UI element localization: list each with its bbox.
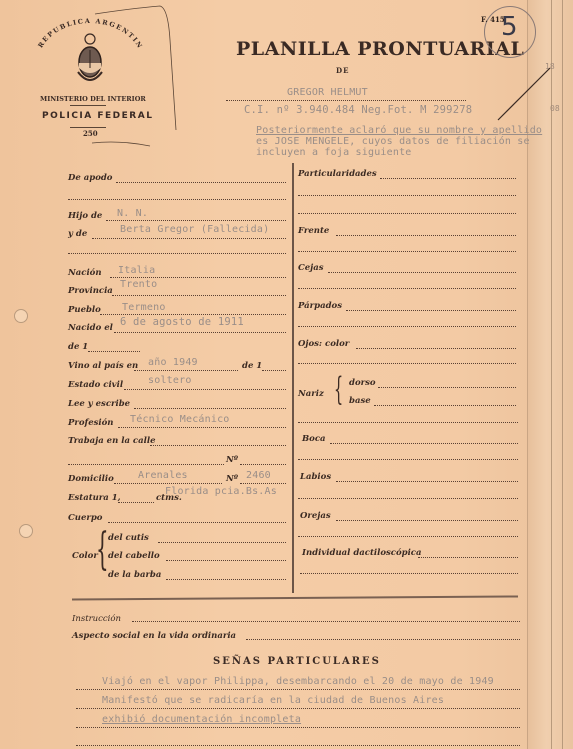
field-line-cabello[interactable] [166,560,286,561]
section-title-senas: SEÑAS PARTICULARES [213,656,381,667]
field-line-de-1[interactable] [88,351,140,352]
field-line-estatura[interactable] [118,502,154,503]
field-line[interactable] [298,195,516,196]
field-label-labios: Labios [300,472,331,482]
field-line[interactable] [68,199,286,200]
field-label-ctms: ctms. [156,493,182,503]
field-line[interactable] [298,498,518,499]
subject-name: GREGOR HELMUT [287,87,368,98]
coat-of-arms-icon [70,32,110,90]
field-label-barba: de la barba [108,570,161,580]
senas-line-rule[interactable] [76,727,520,728]
field-value-pueblo: Termeno [122,302,166,313]
field-label-cutis: del cutis [108,533,149,543]
field-line-base[interactable] [374,405,516,406]
field-label-de-1: de 1 [68,342,88,352]
title-suffix: DE [336,66,349,75]
field-line[interactable] [68,253,286,254]
field-line-vino[interactable] [134,370,238,371]
field-line[interactable] [298,536,518,537]
brace-icon: { [334,373,343,405]
field-line-cuerpo[interactable] [108,522,286,523]
field-line-aspecto-social[interactable] [246,639,520,640]
field-label-cuerpo: Cuerpo [68,513,102,523]
field-line-labios[interactable] [336,481,518,482]
punch-hole [19,524,33,538]
field-line-provincia[interactable] [112,295,286,296]
field-line-numero[interactable] [240,464,286,465]
ministry-label: MINISTERIO DEL INTERIOR [40,95,146,103]
field-line-cutis[interactable] [158,542,286,543]
field-label-dactiloscopica: Individual dactiloscópica [302,548,421,558]
field-label-trabaja: Trabaja en la calle [68,436,155,446]
nose-group-label: Nariz [298,389,324,399]
field-label-profesion: Profesión [68,418,113,428]
field-line-estado-civil[interactable] [124,389,286,390]
document-page: 18 08 REPUBLICA ARGENTINA MINISTERIO DEL… [0,0,573,749]
field-label-orejas: Orejas [300,511,331,521]
column-divider [292,163,294,593]
field-label-domicilio: Domicilio [68,474,114,484]
stamp-digit: 5 [501,12,518,42]
field-line-domicilio-numero[interactable] [240,483,286,484]
field-line-cejas[interactable] [328,272,516,273]
field-line[interactable] [298,459,518,460]
field-label-base: base [349,396,371,406]
senas-line-rule[interactable] [76,708,520,709]
field-label-parpados: Párpados [298,301,342,311]
field-label-y-de: y de [68,229,87,239]
field-label-apodo: De apodo [68,173,112,183]
dotted-line [226,100,466,101]
field-line-dactiloscopica[interactable] [418,557,518,558]
field-line-profesion[interactable] [118,427,286,428]
brace-icon: { [96,528,109,572]
field-line-trabaja[interactable] [150,445,286,446]
field-label-cabello: del cabello [108,551,160,561]
agency-label: POLICIA FEDERAL [42,111,153,121]
subject-note-line: es JOSE MENGELE, cuyos datos de filiació… [256,136,530,147]
field-line-barba[interactable] [166,579,286,580]
field-label-lee: Lee y escribe [68,399,130,409]
field-line[interactable] [298,213,516,214]
color-group-label: Color [72,551,98,561]
field-line-lee[interactable] [134,408,286,409]
field-line-nacido[interactable] [114,332,286,333]
divider [70,127,106,128]
senas-line-rule[interactable] [76,745,520,746]
field-line[interactable] [298,326,516,327]
field-label-nacion: Nación [68,268,102,278]
field-label-boca: Boca [302,434,326,444]
field-label-vino-de: de 1 [242,361,262,371]
field-line-parpados[interactable] [346,310,516,311]
field-line-instruccion[interactable] [132,621,520,622]
page-title: PLANILLA PRONTUARIAL [236,38,524,60]
field-value-nacion: Italia [118,265,155,276]
field-line-pueblo[interactable] [100,314,286,315]
field-label-cejas: Cejas [298,263,324,273]
field-label-dorso: dorso [349,378,376,388]
field-line[interactable] [68,464,224,465]
field-label-pueblo: Pueblo [68,305,101,315]
field-line[interactable] [298,422,518,423]
field-line[interactable] [262,370,286,371]
subject-id: C.I. nº 3.940.484 Neg.Fot. M 299278 [244,104,472,116]
field-line[interactable] [298,363,516,364]
senas-line: Manifestó que se radicaría en la ciudad … [102,695,444,706]
field-value-estado-civil: soltero [148,375,192,386]
field-label-estatura: Estatura 1, [68,493,121,503]
field-line-boca[interactable] [330,443,518,444]
field-value-vino: año 1949 [148,357,198,368]
senas-line: Viajó en el vapor Philippa, desembarcand… [102,676,494,687]
field-line-hijo-de[interactable] [106,220,286,221]
field-value-domicilio: Arenales [138,470,188,481]
subject-note-line: incluyen a foja siguiente [256,147,412,158]
field-label-ojos: Ojos: color [298,339,349,349]
senas-line-rule[interactable] [76,689,520,690]
field-value-hijo-de: N. N. [117,208,148,219]
field-line-y-de[interactable] [92,238,286,239]
field-line-ojos[interactable] [356,348,516,349]
field-value-domicilio-numero: 2460 [246,470,271,481]
field-line-nacion[interactable] [110,277,286,278]
field-label-domicilio-numero: Nº [226,474,238,484]
subject-note-line: Posteriormente aclaró que su nombre y ap… [256,125,542,136]
field-label-numero: Nº [226,455,238,465]
field-line[interactable] [298,288,516,289]
field-label-hijo-de: Hijo de [68,211,102,221]
field-label-frente: Frente [298,226,329,236]
field-value-profesion: Técnico Mecánico [130,414,230,425]
field-line[interactable] [300,573,518,574]
form-code: 250 [83,129,98,138]
divider [70,105,106,106]
field-label-estado-civil: Estado civil [68,380,123,390]
field-value-nacido: 6 de agosto de 1911 [120,316,244,328]
field-line[interactable] [298,251,516,252]
field-label-particularidades: Particularidades [298,169,377,179]
field-line-orejas[interactable] [336,520,518,521]
field-line-apodo[interactable] [116,182,286,183]
field-line-particularidades[interactable] [380,178,516,179]
field-value-y-de: Berta Gregor (Fallecida) [120,224,269,235]
field-label-provincia: Provincia [68,286,113,296]
punch-hole [14,309,28,323]
field-value-provincia: Trento [120,279,157,290]
field-line-dorso[interactable] [378,387,516,388]
field-line-domicilio[interactable] [114,483,222,484]
field-label-instruccion: Instrucción [72,614,121,624]
field-label-vino: Vino al país en [68,361,138,371]
field-label-aspecto-social: Aspecto social en la vida ordinaria [72,631,236,641]
field-line-frente[interactable] [336,235,516,236]
senas-line: exhibió documentación incompleta [102,714,301,725]
field-label-nacido: Nacido el [68,323,113,333]
